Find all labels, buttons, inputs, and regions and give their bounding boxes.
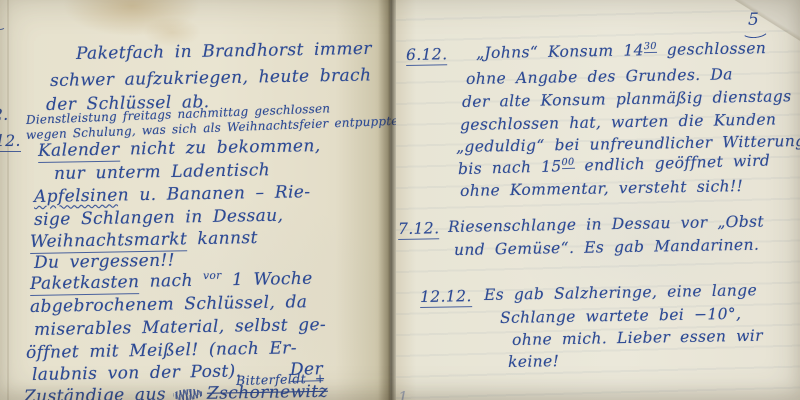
line-text: schwer aufzukriegen, heute brach — [50, 65, 372, 91]
diary-line: Paketfach in Brandhorst immer — [76, 39, 372, 64]
line-text: und Gemüse“. Es gab Mandarinen. — [454, 236, 760, 259]
line-text: n u. Bananen – Rie- — [118, 182, 311, 205]
line-text: keine! — [508, 352, 560, 371]
diary-line: Riesenschlange in Dessau vor „Obst — [448, 212, 764, 236]
diary-line: nur unterm Ladentisch — [54, 160, 270, 184]
cutoff-ink-mark — [0, 12, 10, 31]
notebook-scan: 2. 12. Paketfach in Brandhorst immer sch… — [0, 0, 800, 400]
diary-line: geschlossen hat, warten die Kunden — [460, 110, 777, 134]
underlined-word: Apfelsine — [34, 186, 118, 207]
diary-line: Kalender nicht zu bekommen, — [38, 136, 321, 161]
diary-line: laubnis von der Post). — [32, 361, 242, 385]
diary-line: der alte Konsum planmäßig dienstags — [462, 87, 792, 111]
line-text: öffnet mit Meißel! (nach Er- — [26, 338, 297, 363]
date-text: 12.12. — [420, 287, 472, 308]
line-text: endlich geöffnet wird — [574, 151, 770, 174]
superscript-insertion: vor — [203, 270, 222, 282]
superscript-time: 00 — [561, 157, 574, 169]
line-text: ohne Angabe des Grundes. Da — [466, 65, 733, 88]
left-page: 2. 12. Paketfach in Brandhorst immer sch… — [0, 0, 390, 400]
line-text: ohne mich. Lieber essen wir — [512, 327, 763, 349]
right-page: 5 6.12. „Johns“ Konsum 1430 geschlossen … — [396, 0, 800, 400]
page-number: 5 — [748, 10, 759, 30]
line-text: Riesenschlange in Dessau vor „Obst — [448, 212, 764, 236]
line-text: Zuständige aus — [24, 385, 166, 400]
line-text: Du vergessen!! — [34, 251, 175, 273]
diary-line: ohne Kommentar, versteht sich!! — [460, 177, 744, 200]
diary-line: ohne mich. Lieber essen wir — [512, 327, 763, 349]
line-text: laubnis von der Post). — [32, 361, 242, 385]
diary-line: Paketkasten nach vor 1 Woche — [30, 268, 313, 294]
diary-line: „Johns“ Konsum 1430 geschlossen — [476, 39, 767, 62]
diary-line: schwer aufzukriegen, heute brach — [50, 65, 372, 91]
diary-line-cutoff: Zuständige ausZschornewitz — [24, 382, 328, 400]
line-text: bis nach 15 — [458, 157, 562, 178]
date-text: 6.12. — [406, 45, 448, 66]
line-text: Es gab Salzheringe, eine lange — [484, 281, 757, 304]
underlined-word: Kalender — [38, 140, 120, 163]
diary-line: Es gab Salzheringe, eine lange — [484, 281, 757, 304]
line-text: der alte Konsum planmäßig dienstags — [462, 87, 792, 111]
line-text: ohne Kommentar, versteht sich!! — [460, 177, 744, 200]
next-entry-cutoff: 1. — [398, 389, 414, 400]
entry-date: 12.12. — [420, 287, 472, 306]
line-text: nur unterm Ladentisch — [54, 160, 270, 184]
line-text: „Johns“ Konsum 14 — [476, 41, 644, 62]
scribbled-out-word — [173, 388, 204, 400]
diary-line: ohne Angabe des Grundes. Da — [466, 65, 733, 88]
struck-word: Zschornewitz — [207, 382, 328, 400]
line-text: Schlange wartete bei −10°, — [500, 305, 742, 327]
line-text: miserables Material, selbst ge- — [34, 315, 326, 340]
margin-date-cutoff: 12. — [0, 132, 21, 150]
margin-date-text: 2. — [0, 106, 9, 124]
entry-date: 7.12. — [398, 219, 440, 238]
line-text: geschlossen — [657, 39, 767, 59]
margin-date-cutoff: 2. — [0, 106, 9, 124]
line-text: nach — [139, 271, 193, 292]
line-text: kannst — [187, 228, 258, 249]
line-text: 1 Woche — [222, 269, 313, 291]
superscript-time: 30 — [644, 41, 657, 53]
line-text: sige Schlangen in Dessau, — [34, 206, 284, 230]
diary-line: öffnet mit Meißel! (nach Er- — [26, 338, 297, 363]
line-text: Paketfach in Brandhorst immer — [76, 39, 372, 64]
line-text: nicht zu bekommen, — [119, 136, 320, 160]
diary-line: Du vergessen!! — [34, 251, 175, 273]
underlined-word: Paketkasten — [30, 272, 140, 296]
line-text: 1. — [398, 389, 414, 400]
line-text: abgebrochenem Schlüssel, da — [30, 292, 308, 317]
diary-line: Weihnachtsmarkt kannst — [30, 228, 258, 252]
diary-line: und Gemüse“. Es gab Mandarinen. — [454, 236, 760, 259]
diary-line: keine! — [508, 352, 560, 371]
diary-line: miserables Material, selbst ge- — [34, 315, 326, 340]
diary-line: Schlange wartete bei −10°, — [500, 305, 742, 327]
entry-date: 6.12. — [406, 45, 448, 64]
diary-line: sige Schlangen in Dessau, — [34, 206, 284, 230]
diary-line: bis nach 1500 endlich geöffnet wird — [458, 151, 771, 178]
line-text: geschlossen hat, warten die Kunden — [460, 110, 777, 134]
date-text: 7.12. — [398, 219, 440, 240]
margin-date-text: 12. — [0, 132, 21, 152]
diary-line: Apfelsinen u. Bananen – Rie- — [34, 182, 311, 207]
diary-line: abgebrochenem Schlüssel, da — [30, 292, 308, 317]
